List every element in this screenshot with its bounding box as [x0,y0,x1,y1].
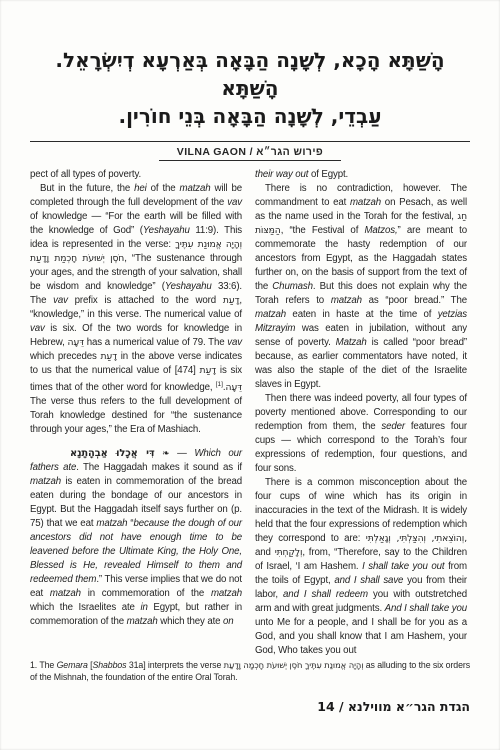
text-segment: דָעַת [223,295,240,306]
text-segment: Matzah [336,337,367,348]
text-segment: eaten in haste at the time of [286,309,438,320]
text-segment: of Egypt. [308,169,348,180]
text-segment: matzah [211,588,242,599]
commentary-paragraph: There is no contradiction, however. The … [255,182,467,392]
text-segment: has a numerical value of 79. The [84,337,227,348]
text-segment: unto Me for a people, and I shall be for… [255,617,467,656]
commentary-paragraph-lemma: דִּי אֲכָלוּ אַבְהָתָנָא ❧ — Which our f… [30,446,242,629]
commentary-column-left: pect of all types of poverty. But in the… [30,168,242,676]
text-segment: 1. The [30,660,57,670]
text-segment: , “the Festival of [281,225,365,236]
text-segment: in commemoration of the [81,588,211,599]
text-segment: matzah [127,616,158,627]
text-segment: דֵּעָה [67,337,84,348]
text-segment: matzah [30,476,61,487]
text-segment: and I shall redeem [283,589,368,600]
text-segment: Shabbos [92,660,126,670]
text-segment: which precedes [30,351,100,362]
commentary-paragraph: Then there was indeed poverty, all four … [255,392,467,476]
text-segment: which they ate [158,616,223,627]
text-segment: and [255,547,275,558]
text-segment: vav [227,337,242,348]
commentary-paragraph: their way out of Egypt. [255,168,467,182]
aramaic-passage: הָשַׁתָּא הָכָא, לְשָׁנָה הַבָּאָה בְּאַ… [34,46,466,130]
aramaic-passage-line-2: עַבְדֵי, לְשָׁנָה הַבָּאָה בְּנֵי חוֹרִי… [34,102,466,130]
text-segment: דִּי אֲכָלוּ אַבְהָתָנָא [70,448,155,459]
text-segment: prefix is attached to the word [68,295,223,306]
text-segment: Yeshayahu [165,281,212,292]
text-segment: matzah [50,588,81,599]
text-segment: vav [53,295,68,306]
text-segment: 31a] interprets the verse [126,660,223,670]
leaf-ornament-icon: ❧ [155,448,170,458]
text-segment: of the [147,183,180,194]
text-segment: Yeshayahu [143,225,190,236]
text-segment: דָעַת [200,365,217,376]
text-segment: matzah [331,295,362,306]
text-segment: matzah [350,197,381,208]
commentary-paragraph: But in the future, the hei of the matzah… [30,182,242,437]
page-footer: הגדת הגר״א מווילנא / 14 [317,699,470,714]
text-segment: דָעַת [100,351,117,362]
text-segment: . The Haggadah makes it sound as if [76,462,242,473]
text-segment: vav [227,197,242,208]
text-segment: vav [30,323,45,334]
text-segment: But in the future, the [40,183,134,194]
text-segment: [1] [216,381,223,388]
text-segment: I shall take you out [362,561,444,572]
section-header: VILNA GAON / פירוש הגר״א [0,142,500,161]
text-segment: Gemara [57,660,88,670]
text-segment: hei [134,183,147,194]
text-segment: as “poor bread.” The [362,295,467,306]
text-segment: — [170,448,195,459]
text-segment: The verse thus refers to the full develo… [30,396,242,435]
commentary-paragraph: pect of all types of poverty. [30,168,242,182]
text-segment: וְהָיָה אֱמוּנַת עִתֶּיךָ חֹסֶן יְשׁוּעֹ… [224,660,364,670]
book-page: הָשַׁתָּא הָכָא, לְשָׁנָה הַבָּאָה בְּאַ… [0,0,500,750]
text-segment: And I shall take you [385,603,467,614]
commentary-columns: pect of all types of poverty. But in the… [30,168,470,676]
text-segment: and I shall save [334,575,403,586]
text-segment: matzah [255,309,286,320]
text-segment: seder [381,421,405,432]
text-segment: matzah [96,518,127,529]
text-segment: וְהוֹצֵאתִי, וְהִצַּלְתִּי, וְגָאַלְתִּי… [366,533,467,544]
commentary-column-right: their way out of Egypt. There is no cont… [255,168,467,676]
text-segment: matzah [180,183,211,194]
text-segment: דֵּעָה [225,382,242,393]
text-segment: their way out [255,169,308,180]
section-header-label: VILNA GAON / פירוש הגר״א [159,143,341,161]
text-segment: which the Israelites ate [30,602,140,613]
commentary-paragraph: There is a common misconception about th… [255,476,467,658]
text-segment: Chumash [272,281,313,292]
footnote: 1. The Gemara [Shabbos 31a] interprets t… [30,659,470,684]
text-segment: pect of all types of poverty. [30,169,141,180]
aramaic-passage-line-1: הָשַׁתָּא הָכָא, לְשָׁנָה הַבָּאָה בְּאַ… [34,46,466,102]
text-segment: on [223,616,234,627]
text-segment: Matzos, [364,225,397,236]
text-segment: וְלָקַחְתִּי [275,547,303,558]
text-segment: in [140,602,147,613]
